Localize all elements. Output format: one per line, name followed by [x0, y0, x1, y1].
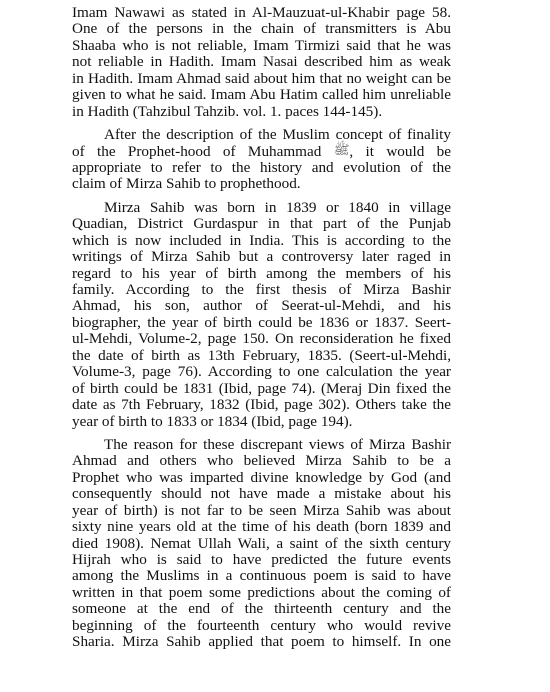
- text-line: of birth could be 1831 (Ibid, page 74). …: [72, 381, 451, 397]
- text-line: year of birth to 1833 or 1834 (Ibid, pag…: [72, 414, 451, 430]
- text-line: date as 7th February, 1832 (Ibid, page 3…: [72, 397, 451, 413]
- text-line: Quadian, District Gurdaspur in that part…: [72, 216, 451, 232]
- text-line: ul-Mehdi, Volume-2, page 150. On reconsi…: [72, 331, 451, 347]
- text-line: Mirza Sahib was born in 1839 or 1840 in …: [72, 200, 451, 216]
- text-line: written in that poem some predictions ab…: [72, 585, 451, 601]
- text-line: not reliable in Hadith. Imam Nasai descr…: [72, 54, 451, 70]
- text-line: the date of birth as 13th February, 1835…: [72, 348, 451, 364]
- text-line: family. According to the first thesis of…: [72, 282, 451, 298]
- paragraph-discrepant-views: The reason for these discrepant views of…: [72, 437, 451, 651]
- text-line: Prophet who was imparted divine knowledg…: [72, 470, 451, 486]
- text-line: The reason for these discrepant views of…: [72, 437, 451, 453]
- text-line: biographer, the year of birth could be 1…: [72, 315, 451, 331]
- text-segment: , it would be: [349, 143, 451, 160]
- text-line: claim of Mirza Sahib to prophethood.: [72, 176, 451, 192]
- text-line: among the Muslims in a continuous poem i…: [72, 568, 451, 584]
- text-line: Ahmad and others who believed Mirza Sahi…: [72, 453, 451, 469]
- text-line: given to what he said. Imam Abu Hatim ca…: [72, 87, 451, 103]
- text-line: Ahmad, his son, author of Seerat-ul-Mehd…: [72, 298, 451, 314]
- text-line: consequently should not have made a mist…: [72, 486, 451, 502]
- text-line: Hijrah who is said to have predicted the…: [72, 552, 451, 568]
- text-line: Volume-3, page 76). According to one cal…: [72, 364, 451, 380]
- text-line: year of birth) is not far to be seen Mir…: [72, 503, 451, 519]
- text-line: someone at the end of the thirteenth cen…: [72, 601, 451, 617]
- text-line: One of the persons in the chain of trans…: [72, 21, 451, 37]
- text-line: appropriate to refer to the history and …: [72, 160, 451, 176]
- text-line: in Hadith. Imam Ahmad said about him tha…: [72, 71, 451, 87]
- text-line: died 1908). Nemat Ullah Wali, a saint of…: [72, 536, 451, 552]
- text-line: writings of Mirza Sahib but a controvers…: [72, 249, 451, 265]
- text-line: in Hadith (Tahzibul Tahzib. vol. 1. pace…: [72, 104, 451, 120]
- document-page: Imam Nawawi as stated in Al-Mauzuat-ul-K…: [72, 5, 451, 658]
- text-line: sixty nine years old at the time of his …: [72, 519, 451, 535]
- text-line: Imam Nawawi as stated in Al-Mauzuat-ul-K…: [72, 5, 451, 21]
- text-line: After the description of the Muslim conc…: [72, 127, 451, 143]
- paragraph-birth-year: Mirza Sahib was born in 1839 or 1840 in …: [72, 200, 451, 430]
- honorific-calligraphy-icon: ﷺ: [334, 143, 350, 159]
- text-line-with-honorific: of the Prophet-hood of Muhammad ﷺ, it wo…: [72, 144, 451, 160]
- text-line: Shaaba who is not reliable, Imam Tirmizi…: [72, 38, 451, 54]
- text-line: regard to his year of birth among the me…: [72, 266, 451, 282]
- text-line: which is now included in India. This is …: [72, 233, 451, 249]
- text-segment: of the Prophet-hood of Muhammad: [72, 143, 321, 160]
- text-line: Sharia. Mirza Sahib applied that poem to…: [72, 634, 451, 650]
- text-line: beginning of the fourteenth century who …: [72, 618, 451, 634]
- paragraph-hadith-reliability: Imam Nawawi as stated in Al-Mauzuat-ul-K…: [72, 5, 451, 120]
- paragraph-finality-of-prophethood: After the description of the Muslim conc…: [72, 127, 451, 193]
